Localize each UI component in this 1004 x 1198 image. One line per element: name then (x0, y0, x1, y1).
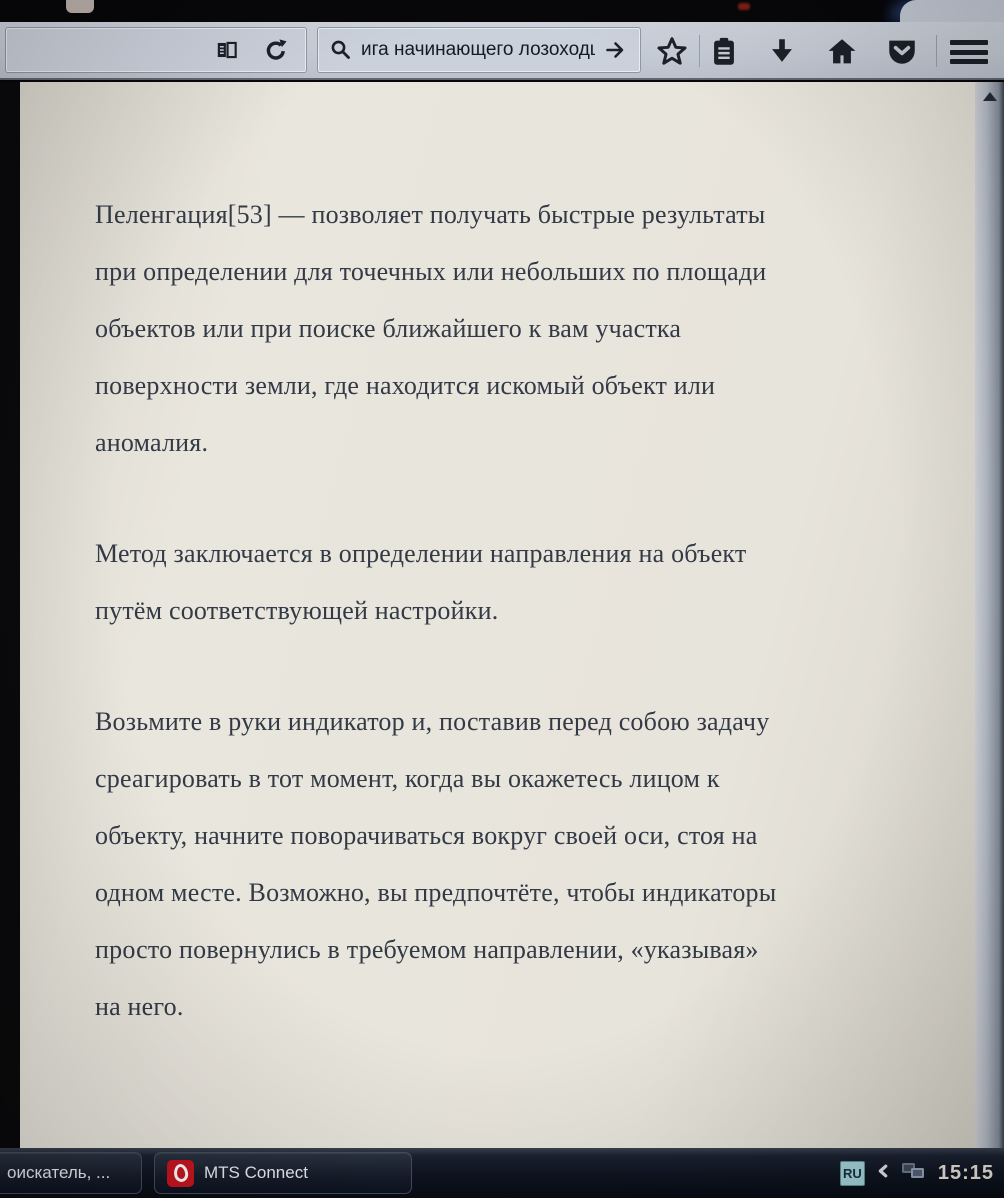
network-connection-icon[interactable] (900, 1160, 927, 1187)
pocket-icon[interactable] (884, 35, 920, 69)
document-text: Пеленгация[53] — позволяет получать быст… (95, 186, 885, 1089)
toolbar-separator (699, 35, 700, 67)
scroll-up-button[interactable] (975, 82, 1004, 110)
tray-collapse-icon[interactable] (876, 1164, 889, 1183)
red-indicator-dot (738, 3, 750, 10)
taskbar-window-label: MTS Connect (204, 1163, 308, 1183)
triangle-up-icon (983, 92, 997, 101)
toolbar-separator (936, 35, 937, 67)
paragraph-pelengatsiya: Пеленгация[53] — позволяет получать быст… (95, 186, 885, 471)
taskbar: оискатель, ... MTS Connect RU (0, 1148, 1004, 1198)
taskbar-window-label: оискатель, ... (7, 1163, 110, 1183)
search-icon (329, 38, 353, 62)
browser-toolbar: ига начинающего лозоходца (0, 22, 1004, 80)
paragraph-metod: Метод заключается в определении направле… (95, 525, 885, 639)
active-tab-corner[interactable] (900, 0, 1004, 22)
library-clipboard-icon[interactable] (706, 35, 742, 69)
window-left-edge (0, 82, 20, 1148)
url-bar[interactable] (6, 28, 306, 72)
tab-strip (0, 0, 1004, 22)
taskbar-window-iskatel[interactable]: оискатель, ... (0, 1152, 142, 1194)
paragraph-vozmite: Возьмите в руки индикатор и, поставив пе… (95, 693, 885, 1035)
search-input[interactable]: ига начинающего лозоходца (318, 28, 640, 72)
downloads-icon[interactable] (764, 35, 800, 69)
taskbar-window-mts-connect[interactable]: MTS Connect (154, 1152, 412, 1194)
tab-favicon-blob (66, 0, 94, 13)
browser-viewport: Пеленгация[53] — позволяет получать быст… (0, 82, 1004, 1148)
reload-icon[interactable] (263, 37, 289, 63)
photographed-screen: ига начинающего лозоходца (0, 0, 1004, 1198)
reader-mode-icon[interactable] (211, 37, 243, 63)
mts-logo-icon (167, 1160, 194, 1187)
clock[interactable]: 15:15 (938, 1162, 998, 1185)
menu-icon[interactable] (950, 40, 988, 64)
search-go-icon[interactable] (603, 38, 629, 62)
language-indicator[interactable]: RU (840, 1161, 865, 1186)
search-value[interactable]: ига начинающего лозоходца (361, 39, 595, 61)
mts-egg-icon (172, 1163, 188, 1183)
home-icon[interactable] (824, 35, 860, 69)
vertical-scrollbar[interactable] (975, 82, 1004, 1148)
system-tray: RU 15:15 (840, 1148, 998, 1198)
bookmark-star-icon[interactable] (654, 35, 690, 69)
document-page: Пеленгация[53] — позволяет получать быст… (20, 82, 975, 1148)
